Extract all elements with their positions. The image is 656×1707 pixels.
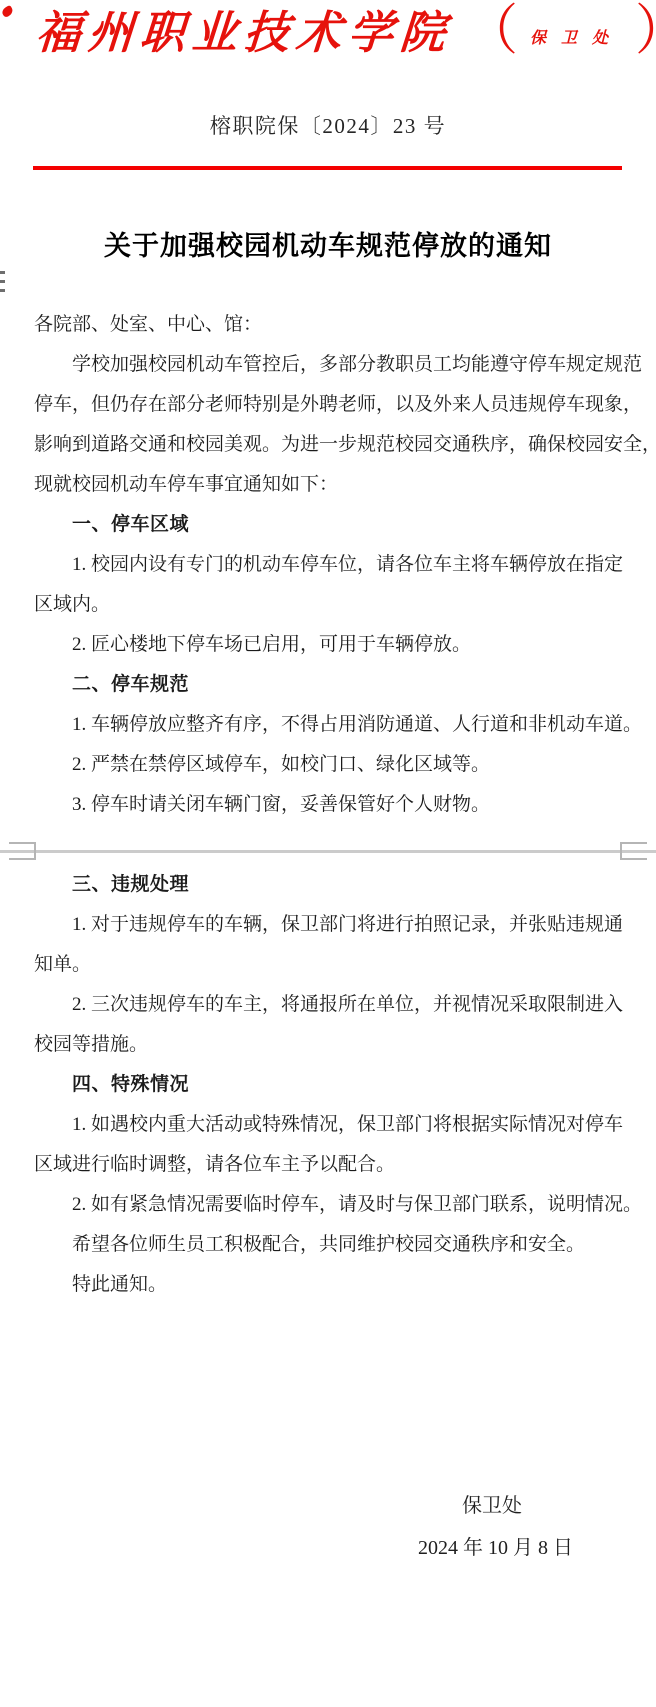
red-separator-rule: [33, 166, 622, 170]
body-line: 2. 如有紧急情况需要临时停车，请及时与保卫部门联系，说明情况。: [34, 1185, 634, 1225]
body-line: 各院部、处室、中心、馆：: [34, 305, 634, 345]
page-break-cap-right: [620, 842, 647, 860]
body-line: 现就校园机动车停车事宜通知如下：: [34, 465, 634, 505]
body-line: 区域进行临时调整，请各位车主予以配合。: [34, 1145, 634, 1185]
body-line: 3. 停车时请关闭车辆门窗，妥善保管好个人财物。: [34, 785, 634, 825]
section-heading: 四、特殊情况: [34, 1065, 634, 1105]
section-heading: 一、停车区域: [34, 505, 634, 545]
dept-paren-close: ）: [635, 3, 656, 62]
left-margin-mark: [0, 289, 5, 292]
body-line: 1. 如遇校内重大活动或特殊情况，保卫部门将根据实际情况对停车: [34, 1105, 634, 1145]
body-line: 2. 三次违规停车的车主，将通报所在单位，并视情况采取限制进入: [34, 985, 634, 1025]
section-heading: 二、停车规范: [34, 665, 634, 705]
dept-paren-open: （: [466, 3, 518, 62]
red-stroke-fragment: [0, 5, 14, 18]
body-line: 2. 匠心楼地下停车场已启用，可用于车辆停放。: [34, 625, 634, 665]
body-line: 1. 对于违规停车的车辆，保卫部门将进行拍照记录，并张贴违规通: [34, 905, 634, 945]
section-heading: 三、违规处理: [34, 865, 634, 905]
body-line: 1. 车辆停放应整齐有序，不得占用消防通道、人行道和非机动车道。: [34, 705, 634, 745]
page-break-divider: [0, 850, 656, 853]
body-line: 校园等措施。: [34, 1025, 634, 1065]
page-break-cap-left: [9, 842, 36, 860]
left-margin-mark: [0, 280, 5, 283]
body-line: 影响到道路交通和校园美观。为进一步规范校园交通秩序，确保校园安全，: [34, 425, 634, 465]
notice-body: 各院部、处室、中心、馆： 学校加强校园机动车管控后，多部分教职员工均能遵守停车规…: [34, 305, 634, 1305]
left-margin-mark: [0, 271, 5, 274]
page-gap-spacer: [34, 825, 634, 865]
body-line: 学校加强校园机动车管控后，多部分教职员工均能遵守停车规定规范: [34, 345, 634, 385]
notice-document-page: 福州职业技术学院 （ 保卫处 ） 榕职院保〔2024〕23 号 关于加强校园机动…: [0, 0, 656, 1707]
signature-date: 2024 年 10 月 8 日: [418, 1531, 573, 1560]
signature-department: 保卫处: [462, 1489, 522, 1518]
dept-name: 保卫处: [530, 31, 623, 47]
school-name: 福州职业技术学院: [34, 4, 454, 62]
body-line: 1. 校园内设有专门的机动车停车位，请各位车主将车辆停放在指定: [34, 545, 634, 585]
doc-number: 榕职院保〔2024〕23 号: [0, 110, 656, 140]
body-line: 希望各位师生员工积极配合，共同维护校园交通秩序和安全。: [34, 1225, 634, 1265]
body-line: 知单。: [34, 945, 634, 985]
notice-title: 关于加强校园机动车规范停放的通知: [0, 224, 656, 263]
masthead: 福州职业技术学院 （ 保卫处 ）: [36, 4, 656, 62]
body-line: 2. 严禁在禁停区域停车，如校门口、绿化区域等。: [34, 745, 634, 785]
body-line: 特此通知。: [34, 1265, 634, 1305]
body-line: 停车，但仍存在部分老师特别是外聘老师，以及外来人员违规停车现象，: [34, 385, 634, 425]
body-line: 区域内。: [34, 585, 634, 625]
